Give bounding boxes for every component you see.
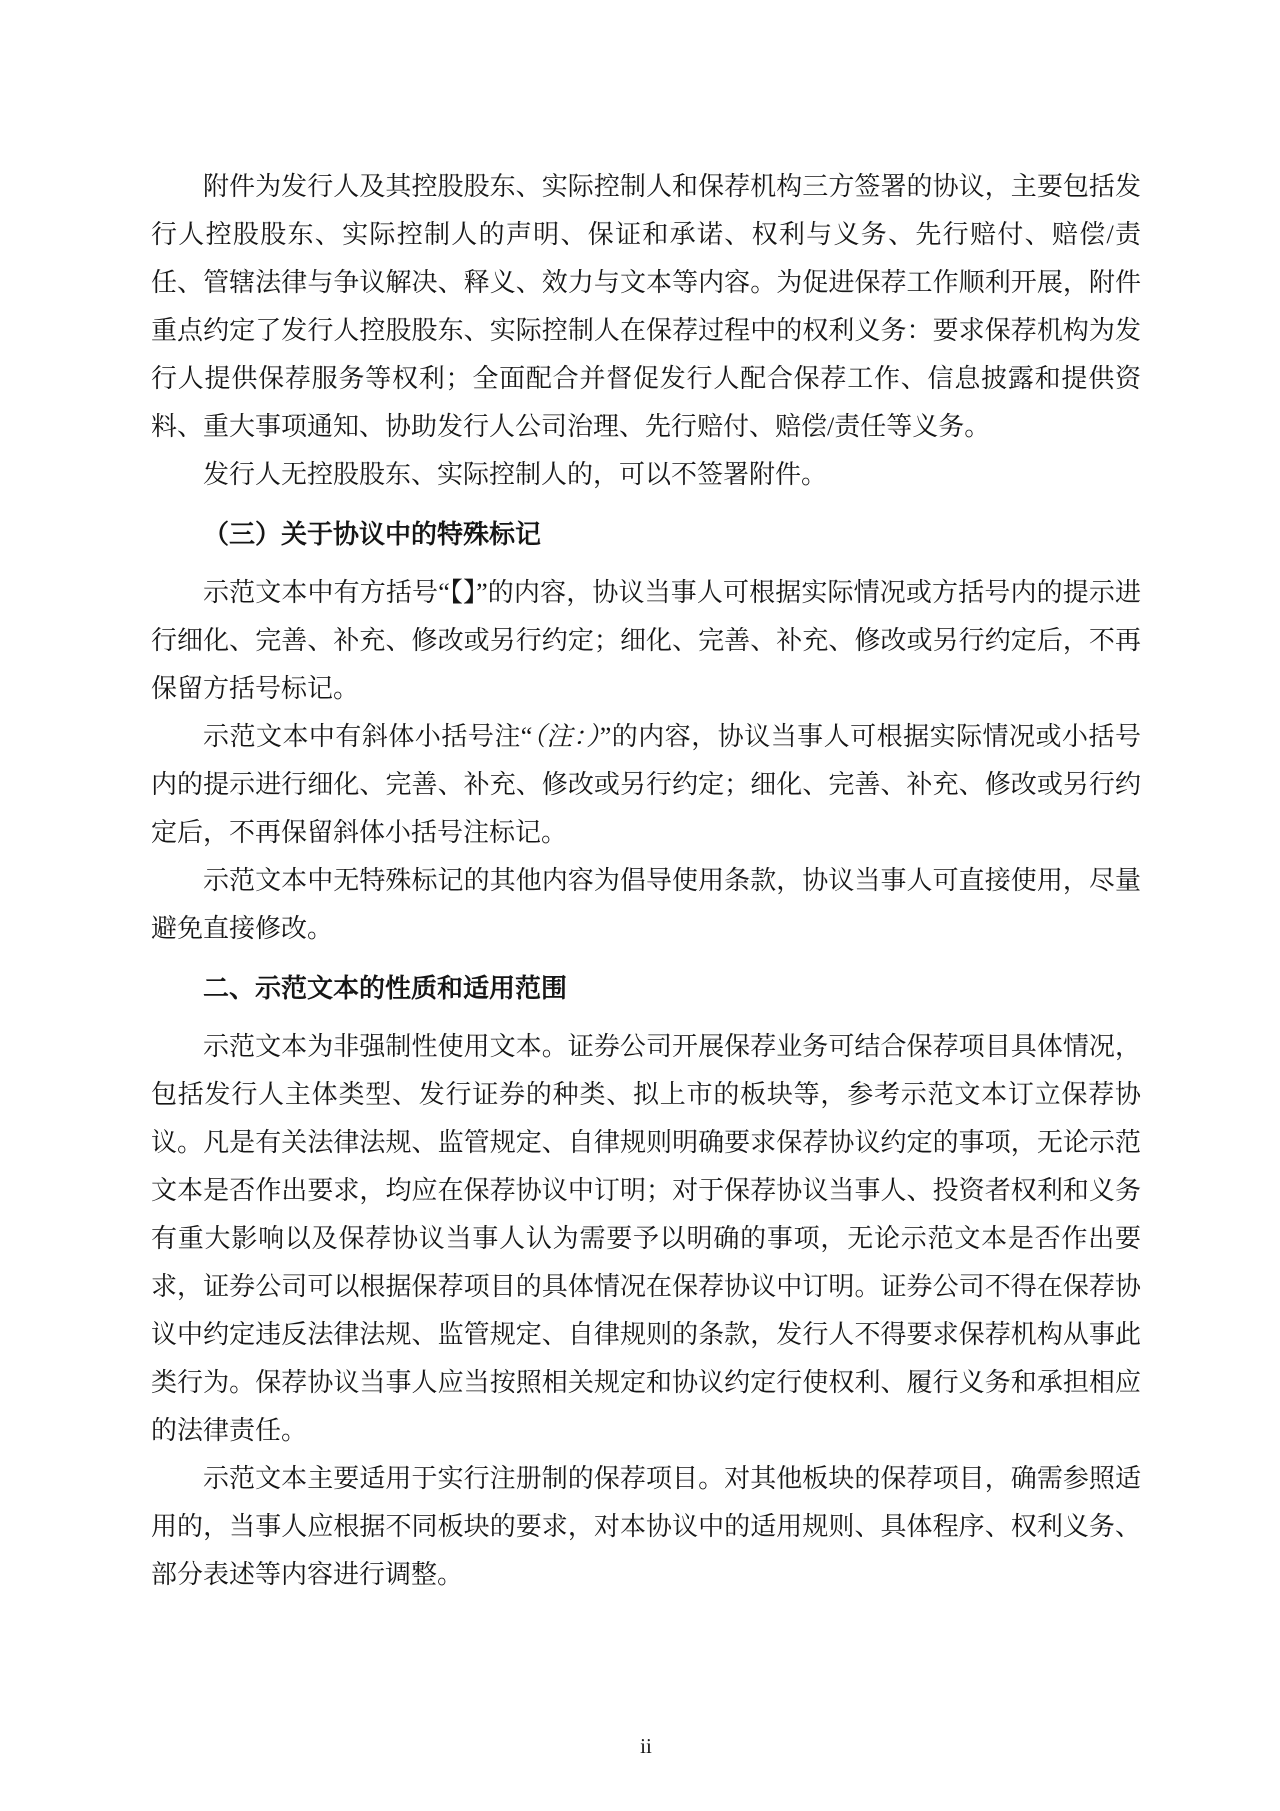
paragraph-registration-system-scope: 示范文本主要适用于实行注册制的保荐项目。对其他板块的保荐项目，确需参照适用的，当… [151,1455,1141,1599]
document-page: 附件为发行人及其控股股东、实际控制人和保荐机构三方签署的协议，主要包括发行人控股… [0,0,1280,1811]
heading-nature-and-scope: 二、示范文本的性质和适用范围 [151,964,1141,1012]
paragraph-square-bracket-marks: 示范文本中有方括号“【】”的内容，协议当事人可根据实际情况或方括号内的提示进行细… [151,569,1141,713]
text-run-italic-note: （注：） [532,722,599,751]
paragraph-italic-parenthesis-marks: 示范文本中有斜体小括号注“（注：）”的内容，协议当事人可根据实际情况或小括号内的… [151,713,1141,857]
document-body: 附件为发行人及其控股股东、实际控制人和保荐机构三方签署的协议，主要包括发行人控股… [151,163,1141,1599]
text-run-normal: 示范文本中有斜体小括号注“ [203,722,532,751]
heading-special-marks: （三）关于协议中的特殊标记 [151,510,1141,558]
page-number: ii [151,1733,1141,1759]
paragraph-no-controlling-shareholder: 发行人无控股股东、实际控制人的，可以不签署附件。 [151,451,1141,499]
paragraph-non-mandatory-use: 示范文本为非强制性使用文本。证券公司开展保荐业务可结合保荐项目具体情况，包括发行… [151,1023,1141,1455]
paragraph-attachment-overview: 附件为发行人及其控股股东、实际控制人和保荐机构三方签署的协议，主要包括发行人控股… [151,163,1141,451]
paragraph-unmarked-content: 示范文本中无特殊标记的其他内容为倡导使用条款，协议当事人可直接使用，尽量避免直接… [151,857,1141,953]
